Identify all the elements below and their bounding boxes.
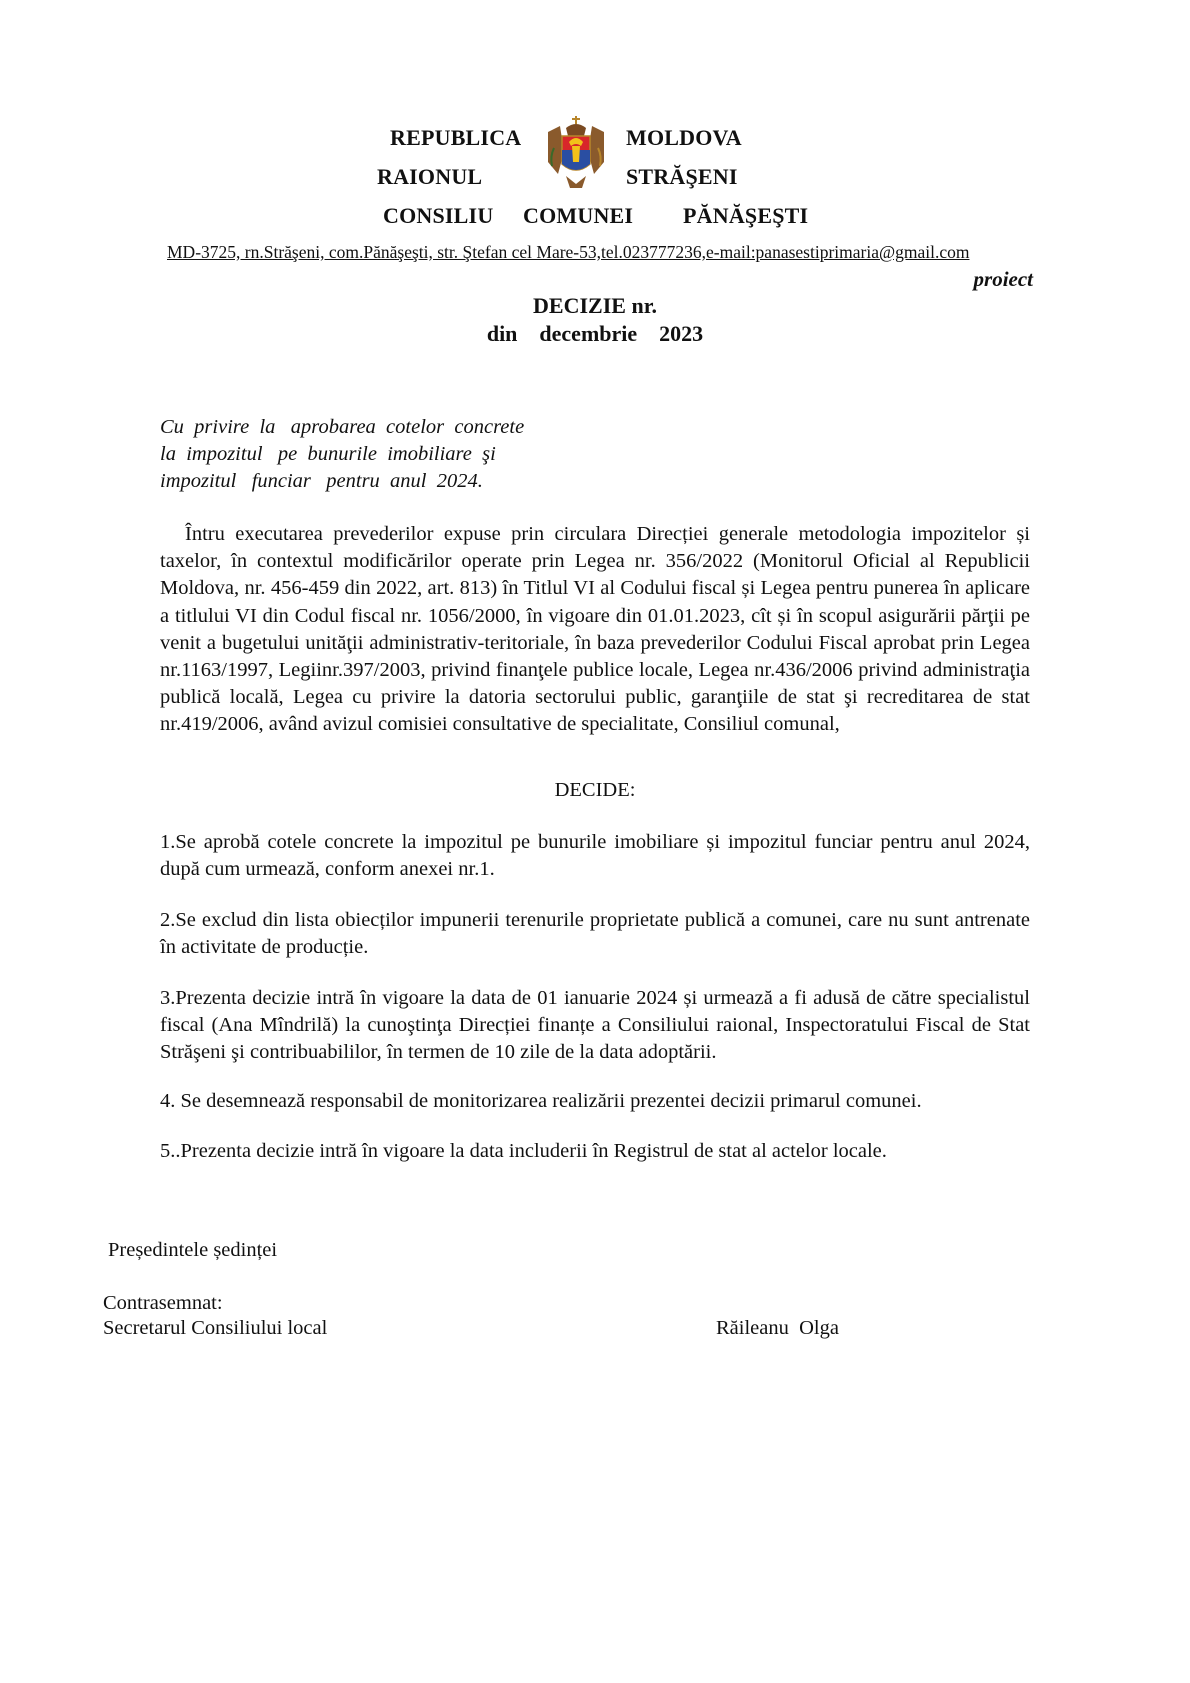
header-comunei: COMUNEI [523, 203, 633, 229]
secretary-name: Răileanu Olga [716, 1317, 839, 1340]
subject-line-1: Cu privire la aprobarea cotelor concrete [160, 414, 620, 441]
chair-label: Președintele ședinței [108, 1239, 277, 1262]
preamble-paragraph: Întru executarea prevederilor expuse pri… [160, 521, 1030, 739]
moldova-coat-of-arms-icon [544, 112, 608, 194]
subject-line-3: impozitul funciar pentru anul 2024. [160, 468, 620, 495]
header-consiliu: CONSILIU [383, 203, 493, 229]
countersigned-label: Contrasemnat: [103, 1292, 223, 1315]
article-3: 3.Prezenta decizie intră în vigoare la d… [160, 985, 1030, 1067]
article-5: 5..Prezenta decizie intră în vigoare la … [160, 1138, 1030, 1165]
address-line: MD-3725, rn.Străşeni, com.Pănăşeşti, str… [167, 242, 969, 263]
header-straseni: STRĂŞENI [626, 164, 738, 190]
header-panasesti: PĂNĂŞEŞTI [683, 203, 808, 229]
decide-heading: DECIDE: [160, 777, 1030, 804]
draft-label: proiect [974, 267, 1033, 292]
header-raionul: RAIONUL [377, 164, 482, 190]
article-4: 4. Se desemnează responsabil de monitori… [160, 1088, 1030, 1115]
decision-subject: Cu privire la aprobarea cotelor concrete… [160, 414, 620, 495]
decision-title: DECIZIE nr. [0, 293, 1190, 319]
decision-date: din decembrie 2023 [0, 321, 1190, 347]
header-moldova: MOLDOVA [626, 125, 742, 151]
article-2: 2.Se exclud din lista obiecților impuner… [160, 907, 1030, 961]
subject-line-2: la impozitul pe bunurile imobiliare şi [160, 441, 620, 468]
secretary-title: Secretarul Consiliului local [103, 1317, 327, 1340]
header-republica: REPUBLICA [390, 125, 521, 151]
article-1: 1.Se aprobă cotele concrete la impozitul… [160, 829, 1030, 883]
